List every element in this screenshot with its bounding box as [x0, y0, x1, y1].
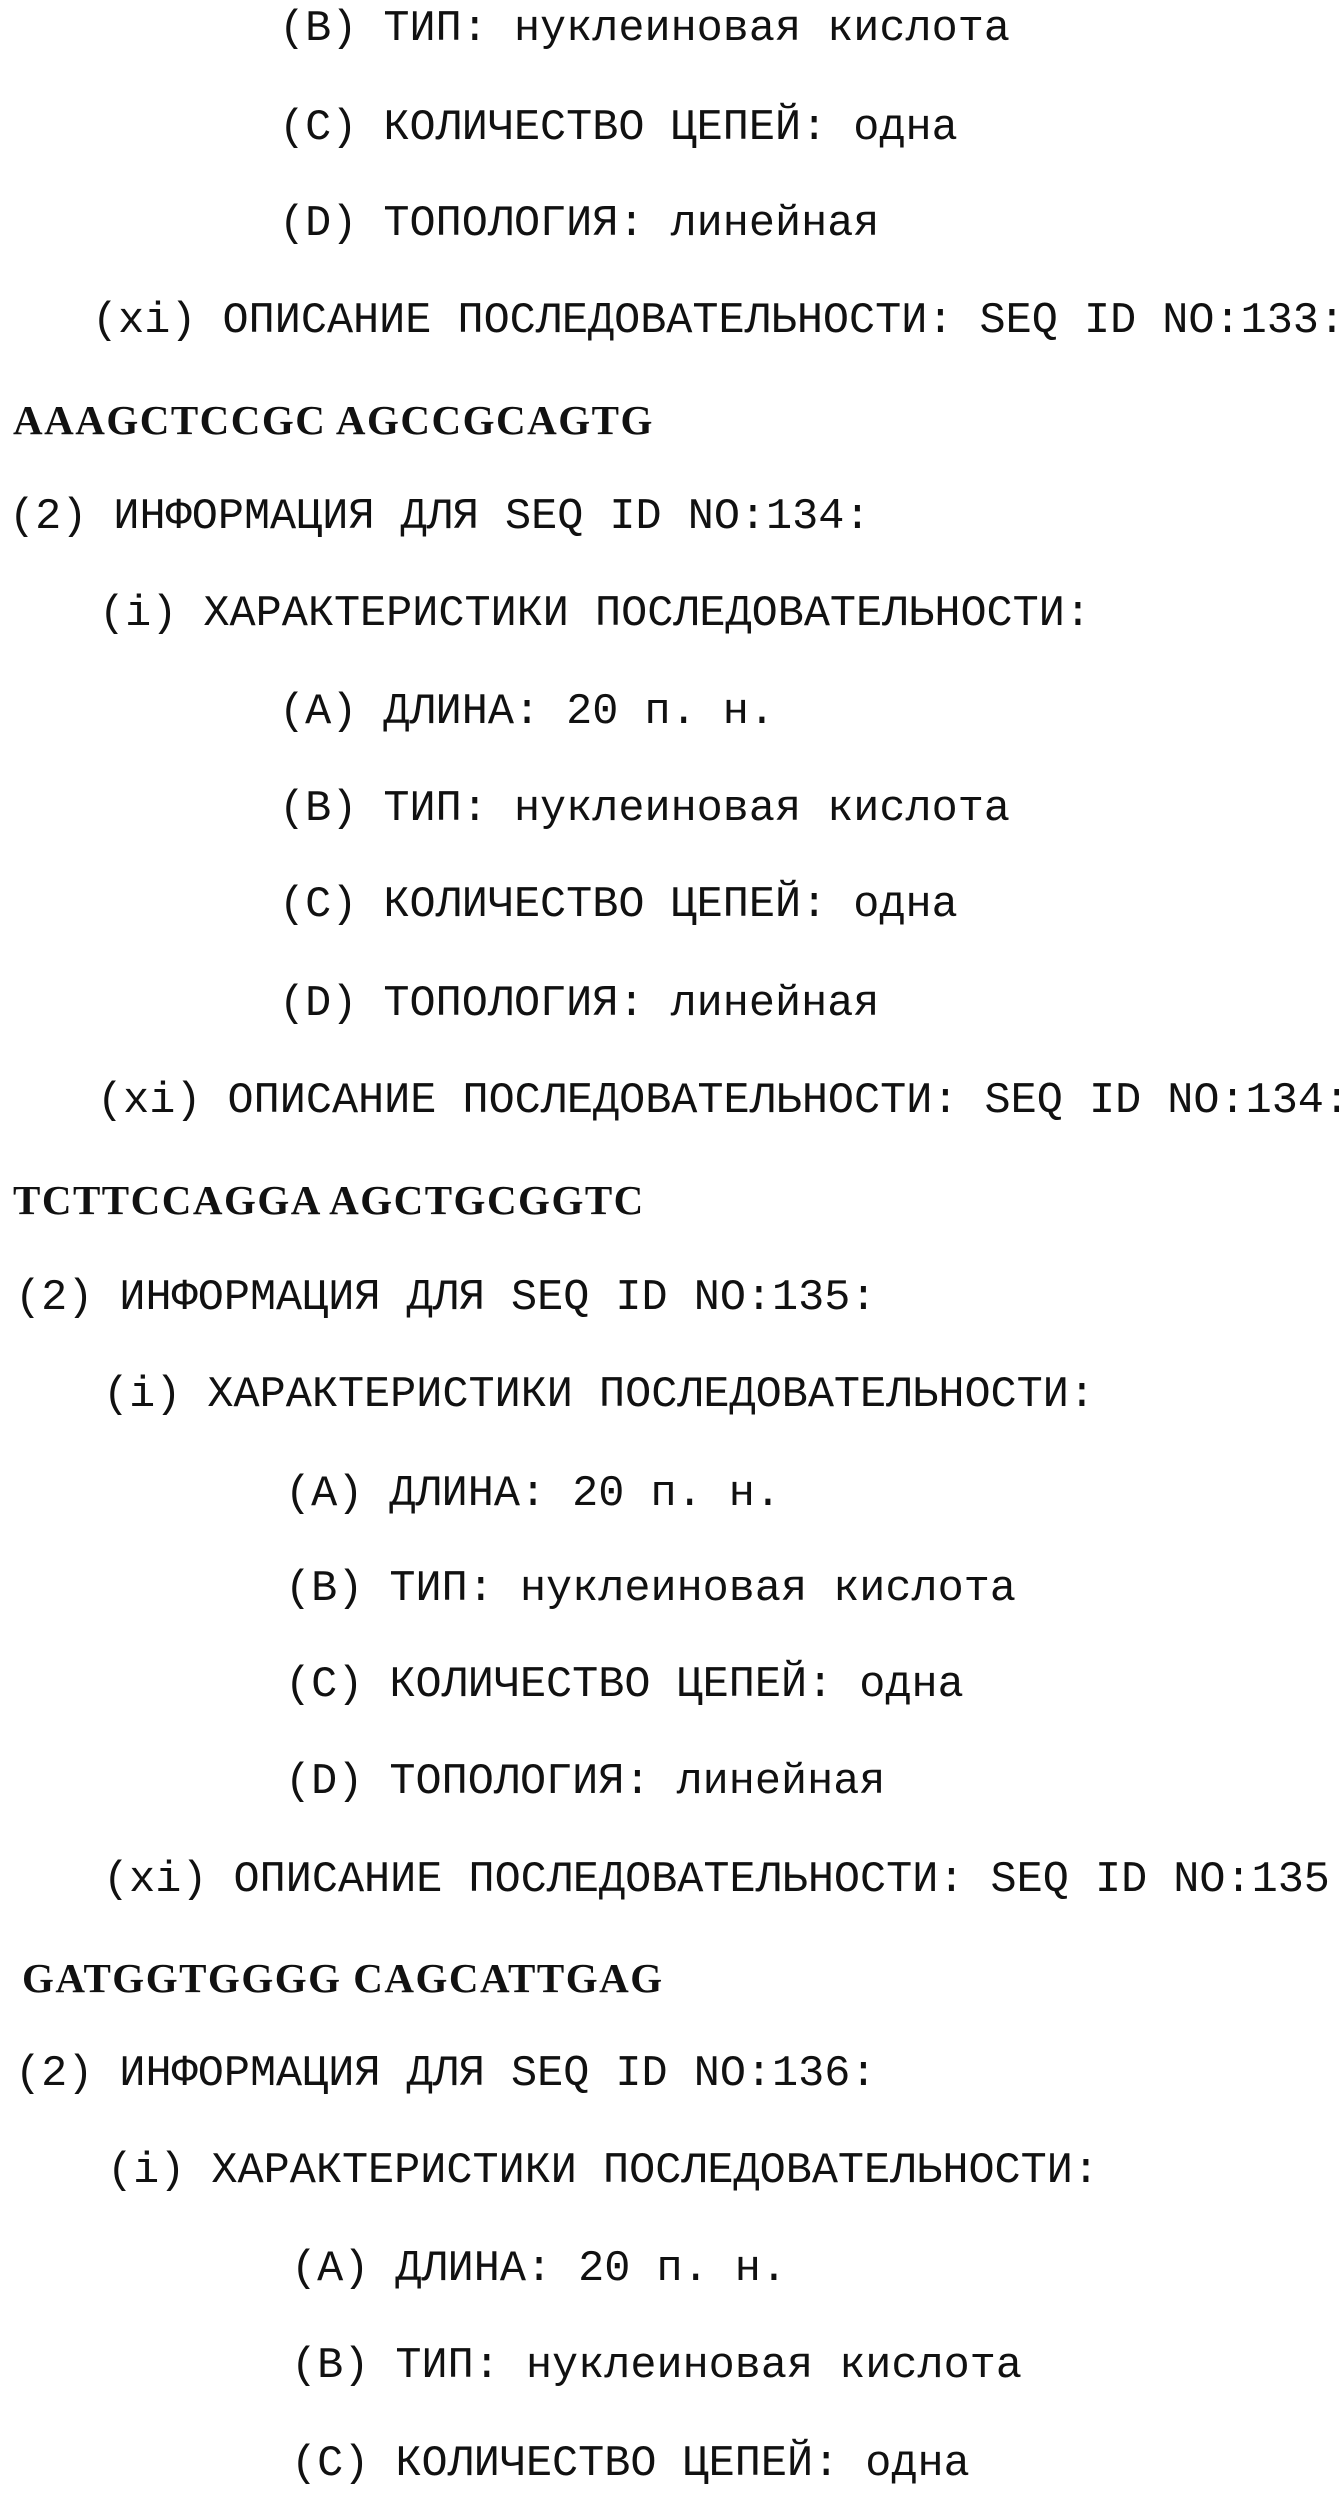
field-length: (A) ДЛИНА: 20 п. н.	[285, 1470, 781, 1520]
characteristics-heading: (i) ХАРАКТЕРИСТИКИ ПОСЛЕДОВАТЕЛЬНОСТИ:	[103, 1371, 1095, 1421]
field-strandedness: (C) КОЛИЧЕСТВО ЦЕПЕЙ: одна	[279, 881, 958, 931]
field-topology: (D) ТОПОЛОГИЯ: линейная	[285, 1758, 885, 1808]
sequence-text: TCTTCCAGGA AGCTGCGGTC	[13, 1175, 645, 1225]
field-length: (A) ДЛИНА: 20 п. н.	[279, 688, 775, 738]
field-length: (A) ДЛИНА: 20 п. н.	[291, 2245, 787, 2295]
field-strandedness: (C) КОЛИЧЕСТВО ЦЕПЕЙ: одна	[279, 104, 958, 154]
sequence-text: AAAGCTCCGC AGCCGCAGTG	[13, 395, 654, 445]
field-type: (B) ТИП: нуклеиновая кислота	[279, 785, 1010, 835]
seq-info-heading: (2) ИНФОРМАЦИЯ ДЛЯ SEQ ID NO:134:	[9, 493, 870, 543]
field-topology: (D) ТОПОЛОГИЯ: линейная	[279, 200, 879, 250]
sequence-description-heading: (xi) ОПИСАНИЕ ПОСЛЕДОВАТЕЛЬНОСТИ: SEQ ID…	[92, 297, 1339, 347]
field-topology: (D) ТОПОЛОГИЯ: линейная	[279, 980, 879, 1030]
field-type: (B) ТИП: нуклеиновая кислота	[279, 5, 1010, 55]
sequence-text: GATGGTGGGG CAGCATTGAG	[22, 1953, 664, 2003]
sequence-description-heading: (xi) ОПИСАНИЕ ПОСЛЕДОВАТЕЛЬНОСТИ: SEQ ID…	[103, 1856, 1339, 1906]
document-page: (B) ТИП: нуклеиновая кислота (C) КОЛИЧЕС…	[0, 0, 1339, 2500]
field-strandedness: (C) КОЛИЧЕСТВО ЦЕПЕЙ: одна	[291, 2440, 970, 2490]
sequence-description-heading: (xi) ОПИСАНИЕ ПОСЛЕДОВАТЕЛЬНОСТИ: SEQ ID…	[97, 1077, 1339, 1127]
field-type: (B) ТИП: нуклеиновая кислота	[285, 1565, 1016, 1615]
seq-info-heading: (2) ИНФОРМАЦИЯ ДЛЯ SEQ ID NO:135:	[15, 1274, 876, 1324]
characteristics-heading: (i) ХАРАКТЕРИСТИКИ ПОСЛЕДОВАТЕЛЬНОСТИ:	[107, 2147, 1099, 2197]
seq-info-heading: (2) ИНФОРМАЦИЯ ДЛЯ SEQ ID NO:136:	[15, 2050, 876, 2100]
field-type: (B) ТИП: нуклеиновая кислота	[291, 2342, 1022, 2392]
characteristics-heading: (i) ХАРАКТЕРИСТИКИ ПОСЛЕДОВАТЕЛЬНОСТИ:	[99, 590, 1091, 640]
field-strandedness: (C) КОЛИЧЕСТВО ЦЕПЕЙ: одна	[285, 1661, 964, 1711]
